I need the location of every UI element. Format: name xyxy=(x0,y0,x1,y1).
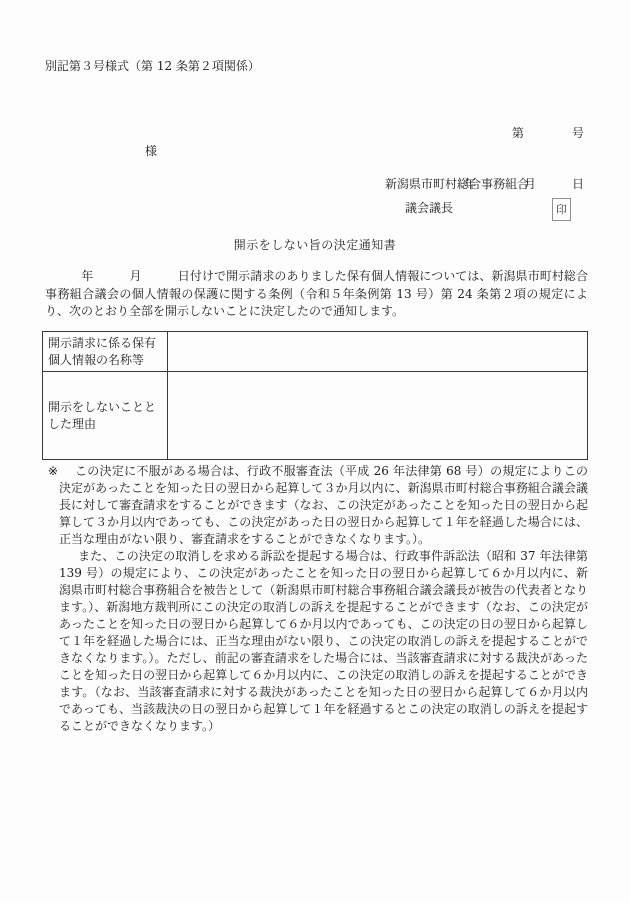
seal-stamp-box: 印 xyxy=(552,198,571,221)
row-label-held-info-name: 開示請求に係る保有個人情報の名称等 xyxy=(43,332,168,372)
form-id-label: 別記第３号様式（第 12 条第２項関係） xyxy=(45,58,260,75)
issuer-organization: 新潟県市町村総合事務組合 xyxy=(385,176,529,193)
doc-number-line: 第 号 xyxy=(464,125,584,142)
row-value-nondisclosure-reason xyxy=(168,372,588,460)
recipient-suffix-label: 様 xyxy=(145,143,157,160)
body-paragraph: 年 月 日付けで開示請求のありました保有個人情報については、新潟県市町村総合事務… xyxy=(45,268,588,321)
note-marker-asterisk: ※ xyxy=(48,463,58,480)
row-value-held-info-name xyxy=(168,332,588,372)
table-row-held-info-name: 開示請求に係る保有個人情報の名称等 xyxy=(43,332,588,372)
issuer-title: 議会議長 xyxy=(405,200,453,217)
note-paragraph-appeal: この決定に不服がある場合は、行政不服審査法（平成 26 年法律第 68 号）の規… xyxy=(59,463,588,548)
row-label-nondisclosure-reason: 開示をしないこととした理由 xyxy=(43,372,168,460)
disclosure-info-table: 開示請求に係る保有個人情報の名称等 開示をしないこととした理由 xyxy=(42,331,588,460)
document-title: 開示をしない旨の決定通知書 xyxy=(0,237,630,254)
document-page: 別記第３号様式（第 12 条第２項関係） 第 号 年 月 日 様 新潟県市町村総… xyxy=(0,0,630,903)
note-paragraph-lawsuit: また、この決定の取消しを求める訴訟を提起する場合は、行政事件訴訟法（昭和 37 … xyxy=(59,548,588,735)
seal-stamp-label: 印 xyxy=(556,201,567,218)
note-section: ※ この決定に不服がある場合は、行政不服審査法（平成 26 年法律第 68 号）… xyxy=(59,463,588,735)
table-row-nondisclosure-reason: 開示をしないこととした理由 xyxy=(43,372,588,460)
